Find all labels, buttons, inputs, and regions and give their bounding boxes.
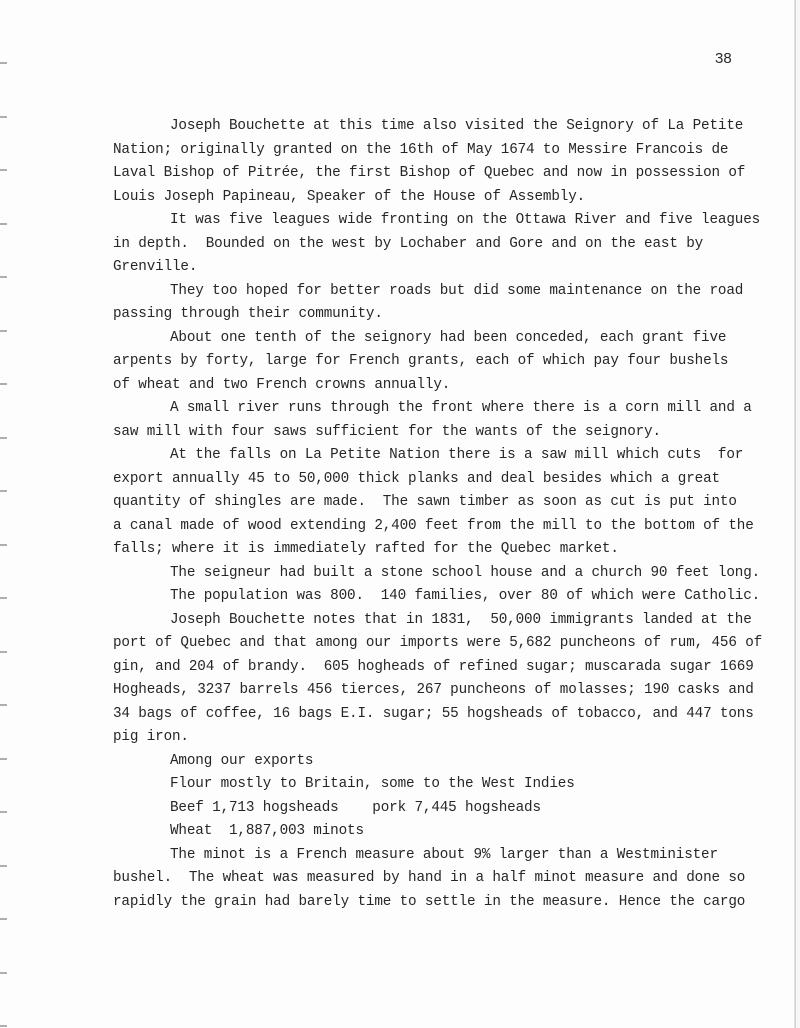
margin-tick: [0, 918, 7, 920]
margin-tick: [0, 811, 7, 813]
margin-tick: [0, 169, 7, 171]
page-number: 38: [715, 50, 732, 67]
text-line: The population was 800. 140 families, ov…: [113, 585, 733, 609]
text-line: Flour mostly to Britain, some to the Wes…: [113, 773, 733, 797]
text-line: Beef 1,713 hogsheads pork 7,445 hogshead…: [113, 797, 733, 821]
text-line: bushel. The wheat was measured by hand i…: [113, 867, 733, 891]
text-line: pig iron.: [113, 726, 733, 750]
margin-tick: [0, 1025, 7, 1027]
text-line: The seigneur had built a stone school ho…: [113, 562, 733, 586]
text-line: saw mill with four saws sufficient for t…: [113, 421, 733, 445]
margin-tick: [0, 383, 7, 385]
text-line: Joseph Bouchette notes that in 1831, 50,…: [113, 609, 733, 633]
text-line: rapidly the grain had barely time to set…: [113, 891, 733, 915]
margin-tick: [0, 62, 7, 64]
margin-tick: [0, 330, 7, 332]
margin-tick: [0, 437, 7, 439]
text-line: At the falls on La Petite Nation there i…: [113, 444, 733, 468]
text-line: The minot is a French measure about 9% l…: [113, 844, 733, 868]
text-line: 34 bags of coffee, 16 bags E.I. sugar; 5…: [113, 703, 733, 727]
document-body: Joseph Bouchette at this time also visit…: [113, 115, 733, 914]
text-line: Laval Bishop of Pitrée, the first Bishop…: [113, 162, 733, 186]
text-line: A small river runs through the front whe…: [113, 397, 733, 421]
text-line: They too hoped for better roads but did …: [113, 280, 733, 304]
margin-tick: [0, 704, 7, 706]
text-line: Hogheads, 3237 barrels 456 tierces, 267 …: [113, 679, 733, 703]
text-line: export annually 45 to 50,000 thick plank…: [113, 468, 733, 492]
text-line: a canal made of wood extending 2,400 fee…: [113, 515, 733, 539]
text-line: Wheat 1,887,003 minots: [113, 820, 733, 844]
text-line: Nation; originally granted on the 16th o…: [113, 139, 733, 163]
text-line: of wheat and two French crowns annually.: [113, 374, 733, 398]
margin-tick: [0, 865, 7, 867]
margin-tick: [0, 223, 7, 225]
margin-tick: [0, 758, 7, 760]
text-line: Grenville.: [113, 256, 733, 280]
margin-tick: [0, 544, 7, 546]
margin-tick: [0, 597, 7, 599]
margin-tick: [0, 276, 7, 278]
text-line: in depth. Bounded on the west by Lochabe…: [113, 233, 733, 257]
text-line: Joseph Bouchette at this time also visit…: [113, 115, 733, 139]
text-line: arpents by forty, large for French grant…: [113, 350, 733, 374]
text-line: falls; where it is immediately rafted fo…: [113, 538, 733, 562]
text-line: passing through their community.: [113, 303, 733, 327]
page-edge-shadow: [796, 0, 800, 1028]
margin-tick: [0, 972, 7, 974]
margin-tick: [0, 651, 7, 653]
page-edge-line: [794, 0, 796, 1028]
text-line: It was five leagues wide fronting on the…: [113, 209, 733, 233]
text-line: Louis Joseph Papineau, Speaker of the Ho…: [113, 186, 733, 210]
text-line: gin, and 204 of brandy. 605 hogheads of …: [113, 656, 733, 680]
margin-tick: [0, 490, 7, 492]
text-line: quantity of shingles are made. The sawn …: [113, 491, 733, 515]
text-line: port of Quebec and that among our import…: [113, 632, 733, 656]
text-line: About one tenth of the seignory had been…: [113, 327, 733, 351]
text-line: Among our exports: [113, 750, 733, 774]
margin-tick: [0, 116, 7, 118]
